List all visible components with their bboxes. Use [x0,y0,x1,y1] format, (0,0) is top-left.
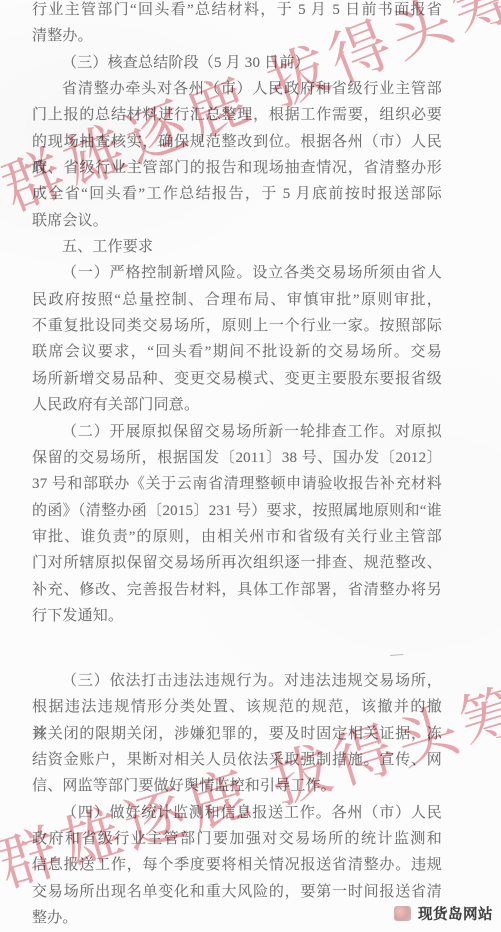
document-text-block-bottom: （三）依法打击违法违规行为。对违法违规交易场所，根据违法违规情形分类处置、该规范… [32,668,442,931]
text-line: 的现场抽查核实，确保规范整改到位。根据各州（市）人民政 [32,129,442,155]
page-break-dash: — [390,646,404,663]
text-line: 补充、修改、完善报告材料，具体工作部署，省清整办将另 [32,577,442,603]
text-line: 结资金账户，果断对相关人员依法采取强制措施。宣传、网 [32,747,442,773]
text-line: 整办。 [32,905,442,931]
text-line: 人民政府有关部门同意。 [32,392,442,418]
text-line: 保留的交易场所，根据国发〔2011〕38 号、国办发〔2012〕 [32,445,442,471]
text-line: （三）依法打击违法违规行为。对违法违规交易场所， [32,668,442,694]
text-line: 的函》（清整办函〔2015〕231 号）要求，按照属地原则和“谁 [32,498,442,524]
text-line: 清整办。 [32,23,442,49]
text-line: 省清整办牵头对各州（市）人民政府和省级行业主管部 [32,76,442,102]
text-line: 门上报的总结材料进行汇总整理，根据工作需要，组织必要 [32,102,442,128]
site-name: 现货岛网站 [418,903,493,924]
text-line: （二）开展原拟保留交易场所新一轮排查工作。对原拟 [32,419,442,445]
text-line: 联席会议要求，“回头看”期间不批设新的交易场所。交易 [32,339,442,365]
text-line: 根据违法违规情形分类处置、该规范的规范，该撤并的撤并， [32,694,442,720]
text-line: 信、网监等部门要做好舆情监控和引导工作。 [32,773,442,799]
text-line: 民政府按照“总量控制、合理布局、审慎审批”原则审批， [32,287,442,313]
text-line: 成全省“回头看”工作总结报告，于 5 月底前按时报送部际 [32,181,442,207]
text-line: 府、省级行业主管部门的报告和现场抽查情况，省清整办形 [32,155,442,181]
text-line: 不重复批设同类交易场所，原则上一个行业一家。按照部际 [32,313,442,339]
text-line: 五、工作要求 [32,234,442,260]
text-line: 信息报送工作，每个季度要将相关情况报送省清整办。违规 [32,852,442,878]
text-line: 37 号和部联办《关于云南省清理整顿申请验收报告补充材料 [32,471,442,497]
document-text-block-top: 行业主管部门“回头看”总结材料，于 5 月 5 日前书面报省清整办。（三）核查总… [32,0,442,629]
scanned-document-page: 行业主管部门“回头看”总结材料，于 5 月 5 日前书面报省清整办。（三）核查总… [0,0,501,932]
text-line: （四）做好统计监测和信息报送工作。各州（市）人民 [32,800,442,826]
text-line: 行业主管部门“回头看”总结材料，于 5 月 5 日前书面报省 [32,0,442,23]
text-line: 交易场所出现名单变化和重大风险的，要第一时间报送省清 [32,879,442,905]
text-line: 审批、谁负责”的原则，由相关州市和省级有关行业主管部 [32,524,442,550]
text-line: 行下发通知。 [32,603,442,629]
text-line: （一）严格控制新增风险。设立各类交易场所须由省人 [32,260,442,286]
text-line: 政府和省级行业主管部门要加强对交易场所的统计监测和 [32,826,442,852]
text-line: 门对所辖原拟保留交易场所再次组织逐一排查、规范整改、 [32,550,442,576]
site-badge[interactable]: 现货岛网站 [394,903,493,924]
text-line: 该关闭的限期关闭，涉嫌犯罪的，要及时固定相关证据，冻 [32,721,442,747]
text-line: （三）核查总结阶段（5 月 30 日前） [32,50,442,76]
text-line: 联席会议。 [32,208,442,234]
site-logo-icon [394,906,411,921]
text-line: 场所新增交易品种、变更交易模式、变更主要股东要报省级 [32,366,442,392]
